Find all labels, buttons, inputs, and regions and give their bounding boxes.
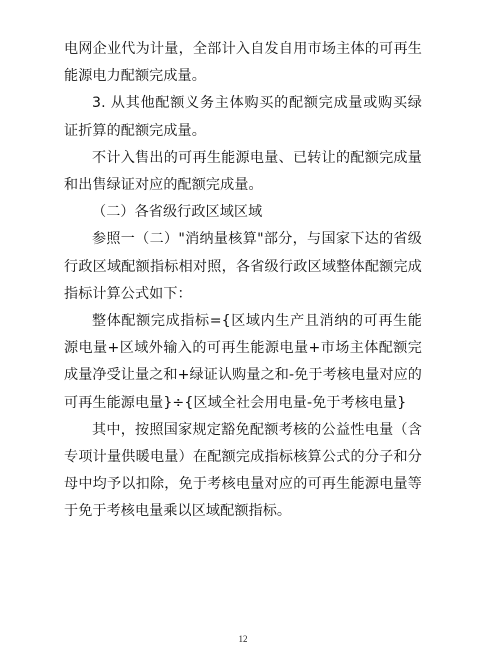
paragraph-exemption: 其中，按照国家规定豁免配额考核的公益性电量（含专项计量供暖电量）在配额完成指标核… [64,417,422,526]
paragraph-item-3: 3. 从其他配额义务主体购买的配额完成量或购买绿证折算的配额完成量。 [64,90,422,144]
paragraph-continuation: 电网企业代为计量，全部计入自发自用市场主体的可再生能源电力配额完成量。 [64,36,422,90]
paragraph-exclusions: 不计入售出的可再生能源电量、已转让的配额完成量和出售绿证对应的配额完成量。 [64,145,422,199]
section-heading: （二）各省级行政区域区域 [64,199,422,226]
paragraph-reference: 参照一（二）"消纳量核算"部分，与国家下达的省级行政区域配额指标相对照，各省级行… [64,226,422,308]
paragraph-formula: 整体配额完成指标={区域内生产且消纳的可再生能源电量+区域外输入的可再生能源电量… [64,308,422,417]
page-body: 电网企业代为计量，全部计入自发自用市场主体的可再生能源电力配额完成量。 3. 从… [64,36,422,526]
document-page: 电网企业代为计量，全部计入自发自用市场主体的可再生能源电力配额完成量。 3. 从… [0,0,486,661]
page-number: 12 [0,634,486,644]
